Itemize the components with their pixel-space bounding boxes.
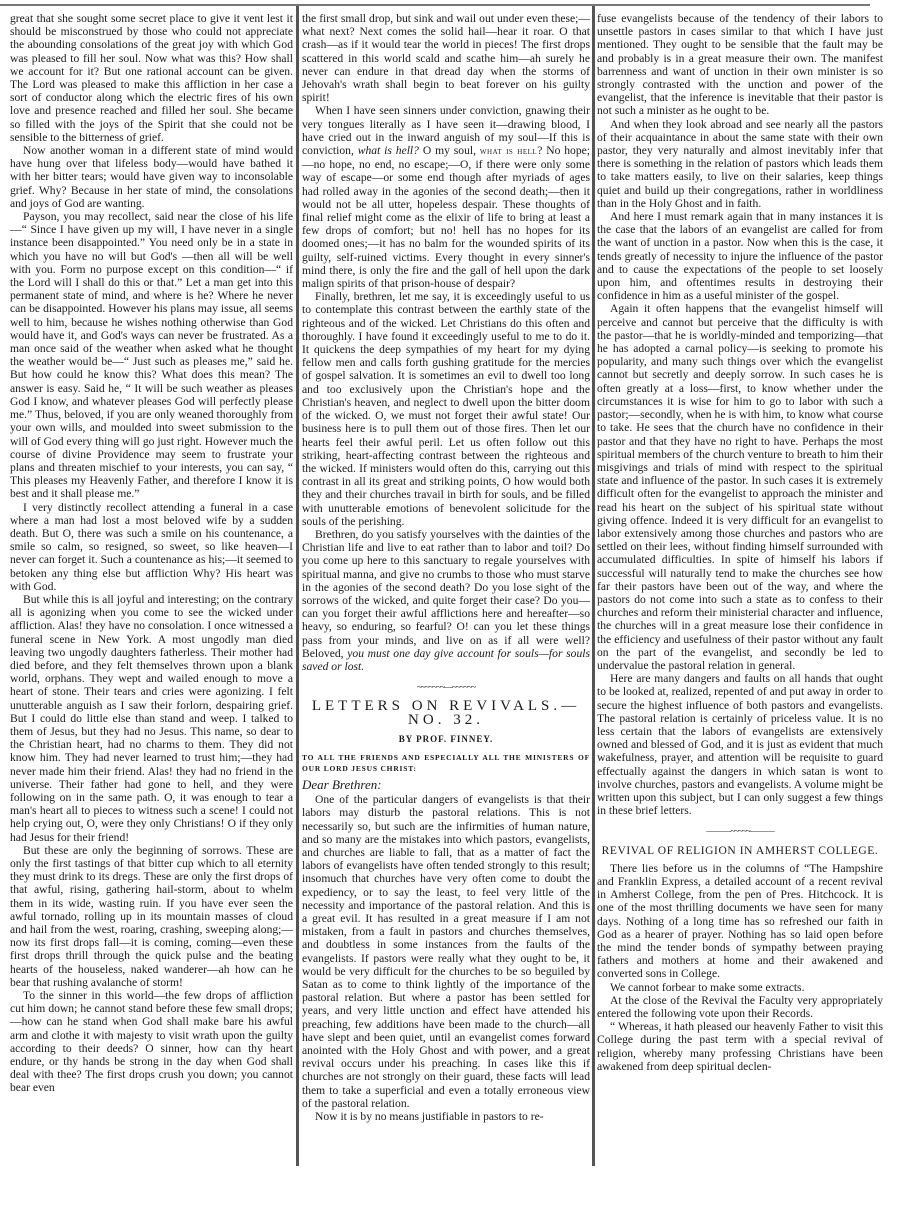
paragraph: Finally, brethren, let me say, it is exc…	[302, 290, 590, 528]
column-3: fuse evangelists because of the tendency…	[597, 12, 883, 1073]
ornament-divider: ~~~~~~~—~~~~~~	[302, 681, 590, 694]
ornament-divider: ———~~~~~———	[597, 825, 883, 838]
paragraph: When I have seen sinners under convictio…	[302, 104, 590, 290]
text-run: O my soul,	[423, 144, 476, 157]
paragraph: And here I must remark again that in man…	[597, 210, 883, 302]
paragraph: I very distinctly recollect attending a …	[10, 501, 293, 593]
paragraph: the first small drop, but sink and wail …	[302, 12, 590, 104]
salutation: Dear Brethren:	[302, 778, 590, 791]
paragraph: Now another woman in a different state o…	[10, 144, 293, 210]
paragraph: And when they look abroad and see nearly…	[597, 118, 883, 210]
paragraph: Brethren, do you satisfy yourselves with…	[302, 528, 590, 673]
column-1: great that she sought some secret place …	[10, 12, 293, 1095]
column-rule	[592, 6, 595, 1166]
paragraph: We cannot forbear to make some extracts.	[597, 981, 883, 994]
article-title: LETTERS ON REVIVALS.—NO. 32.	[302, 700, 590, 726]
article-title: REVIVAL OF RELIGION IN AMHERST COLLEGE.	[597, 845, 883, 858]
paragraph: There lies before us in the columns of “…	[597, 862, 883, 981]
italic-run: what is hell?	[358, 144, 419, 157]
paragraph: At the close of the Revival the Faculty …	[597, 994, 883, 1020]
text-run: Brethren, do you satisfy yourselves with…	[302, 528, 590, 660]
paragraph: But these are only the beginning of sorr…	[10, 844, 293, 989]
text-run: ? No hope;—no hope, no end, no escape;—O…	[302, 144, 590, 290]
paragraph: Now it is by no means justifiable in pas…	[302, 1110, 590, 1123]
paragraph: One of the particular dangers of evangel…	[302, 793, 590, 1110]
article-address: TO ALL THE FRIENDS AND ESPECIALLY ALL TH…	[302, 752, 590, 774]
column-rule	[296, 6, 299, 1166]
paragraph: “ Whereas, it hath pleased our heavenly …	[597, 1020, 883, 1073]
paragraph: Payson, you may recollect, said near the…	[10, 210, 293, 500]
paragraph: Again it often happens that the evangeli…	[597, 302, 883, 672]
paragraph: Here are many dangers and faults on all …	[597, 672, 883, 817]
italic-run: you must one day give account for souls—…	[302, 647, 590, 673]
column-2: the first small drop, but sink and wail …	[302, 12, 590, 1123]
paragraph: But while this is all joyful and interes…	[10, 593, 293, 844]
paragraph: great that she sought some secret place …	[10, 12, 293, 144]
top-border-rule	[0, 4, 870, 6]
paragraph: To the sinner in this world—the few drop…	[10, 989, 293, 1095]
small-caps-run: what is hell	[480, 146, 537, 157]
article-byline: BY PROF. FINNEY.	[302, 733, 590, 746]
paragraph: fuse evangelists because of the tendency…	[597, 12, 883, 118]
